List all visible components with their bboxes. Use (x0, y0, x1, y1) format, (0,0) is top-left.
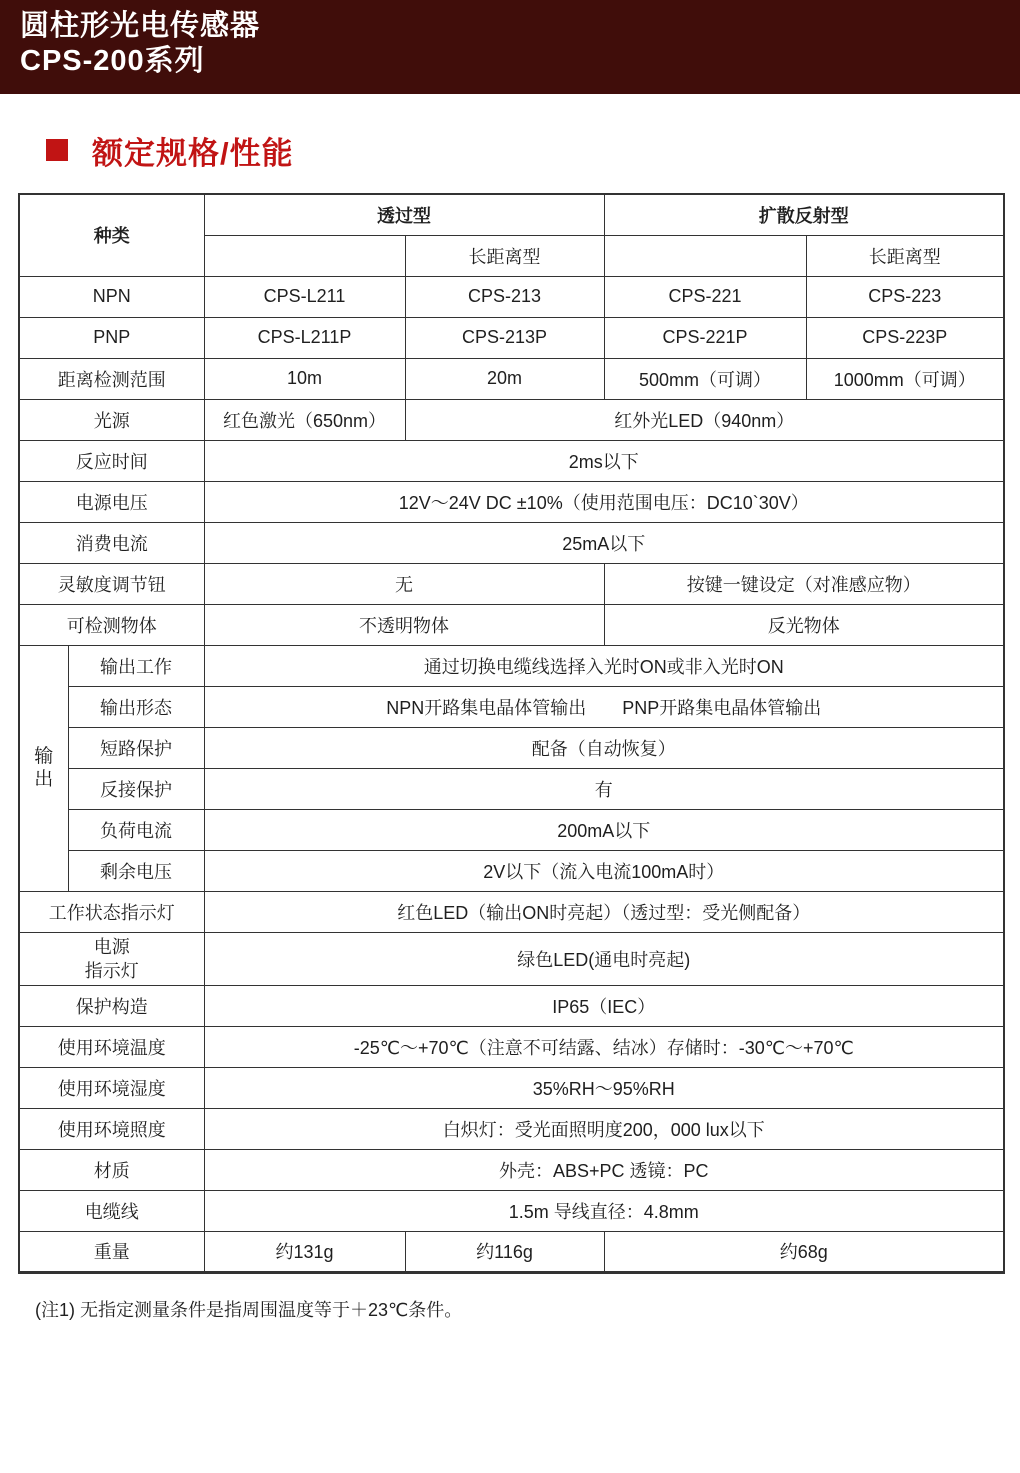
table-row-weight: 重量 约131g 约116g 约68g (19, 1231, 1004, 1272)
header-kind-cell: 种类 (19, 194, 204, 276)
table-row-pnp: PNP CPS-L211P CPS-213P CPS-221P CPS-223P (19, 317, 1004, 358)
row-label-power-indicator: 电源 指示灯 (19, 932, 204, 985)
cell-operation-indicator: 红色LED（输出ON时亮起）（透过型：受光侧配备） (204, 891, 1004, 932)
row-label-protection: 保护构造 (19, 985, 204, 1026)
cell-pnp-model-3: CPS-221P (604, 317, 806, 358)
cell-power-indicator: 绿色LED(通电时亮起) (204, 932, 1004, 985)
cell-npn-model-4: CPS-223 (806, 276, 1004, 317)
table-row-supply-voltage: 电源电压 12V～24V DC ±10%（使用范围电压：DC10`30V） (19, 481, 1004, 522)
header-long-range-through-cell: 长距离型 (405, 235, 604, 276)
table-row-ambient-temp: 使用环境温度 -25℃～+70℃（注意不可结露、结冰）存储时：-30℃～+70℃ (19, 1026, 1004, 1067)
power-indicator-label-line1: 电源 (24, 935, 200, 959)
table-row-residual-voltage: 剩余电压 2V以下（流入电流100mA时） (19, 850, 1004, 891)
cell-detectable-through: 不透明物体 (204, 604, 604, 645)
cell-response-time: 2ms以下 (204, 440, 1004, 481)
table-row-short-circuit: 短路保护 配备（自动恢复） (19, 727, 1004, 768)
table-row-material: 材质 外壳：ABS+PC 透镜：PC (19, 1149, 1004, 1190)
header-spacer-diffuse (604, 235, 806, 276)
row-label-pnp: PNP (19, 317, 204, 358)
table-row-ambient-illuminance: 使用环境照度 白炽灯：受光面照明度200，000 lux以下 (19, 1108, 1004, 1149)
row-label-light-source: 光源 (19, 399, 204, 440)
row-label-detectable-object: 可检测物体 (19, 604, 204, 645)
cell-npn-model-3: CPS-221 (604, 276, 806, 317)
header-diffuse-cell: 扩散反射型 (604, 194, 1004, 235)
cell-light-laser: 红色激光（650nm） (204, 399, 405, 440)
header-long-range-diffuse-cell: 长距离型 (806, 235, 1004, 276)
row-label-ambient-humidity: 使用环境湿度 (19, 1067, 204, 1108)
row-label-weight: 重量 (19, 1231, 204, 1272)
cell-light-led: 红外光LED（940nm） (405, 399, 1004, 440)
row-label-ambient-temp: 使用环境温度 (19, 1026, 204, 1067)
cell-material: 外壳：ABS+PC 透镜：PC (204, 1149, 1004, 1190)
cell-detectable-diffuse: 反光物体 (604, 604, 1004, 645)
cell-weight-2: 约116g (405, 1231, 604, 1272)
section-heading: 额定规格/性能 (46, 132, 1020, 168)
table-row-light-source: 光源 红色激光（650nm） 红外光LED（940nm） (19, 399, 1004, 440)
cell-short-circuit: 配备（自动恢复） (204, 727, 1004, 768)
row-label-output-type: 输出形态 (68, 686, 204, 727)
product-title-line1: 圆柱形光电传感器 (20, 9, 1020, 44)
cell-ambient-temp: -25℃～+70℃（注意不可结露、结冰）存储时：-30℃～+70℃ (204, 1026, 1004, 1067)
table-row-sensitivity: 灵敏度调节钮 无 按键一键设定（对准感应物） (19, 563, 1004, 604)
row-label-operation-indicator: 工作状态指示灯 (19, 891, 204, 932)
cell-cable: 1.5m 导线直径：4.8mm (204, 1190, 1004, 1231)
row-label-ambient-illuminance: 使用环境照度 (19, 1108, 204, 1149)
row-label-response-time: 反应时间 (19, 440, 204, 481)
table-row-operation-indicator: 工作状态指示灯 红色LED（输出ON时亮起）（透过型：受光侧配备） (19, 891, 1004, 932)
table-row-output-operation: 输出 输出工作 通过切换电缆线选择入光时ON或非入光时ON (19, 645, 1004, 686)
table-header-row-1: 种类 透过型 扩散反射型 (19, 194, 1004, 235)
row-label-short-circuit: 短路保护 (68, 727, 204, 768)
table-row-cable: 电缆线 1.5m 导线直径：4.8mm (19, 1190, 1004, 1231)
row-label-cable: 电缆线 (19, 1190, 204, 1231)
row-label-supply-voltage: 电源电压 (19, 481, 204, 522)
cell-supply-voltage: 12V～24V DC ±10%（使用范围电压：DC10`30V） (204, 481, 1004, 522)
cell-ambient-humidity: 35%RH～95%RH (204, 1067, 1004, 1108)
output-group-label: 输出 (34, 745, 54, 791)
row-label-current-consumption: 消费电流 (19, 522, 204, 563)
power-indicator-label-line2: 指示灯 (24, 959, 200, 983)
table-row-output-type: 输出形态 NPN开路集电晶体管输出 PNP开路集电晶体管输出 (19, 686, 1004, 727)
row-label-material: 材质 (19, 1149, 204, 1190)
output-group-label-cell: 输出 (19, 645, 68, 891)
cell-sensitivity-through: 无 (204, 563, 604, 604)
cell-protection: IP65（IEC） (204, 985, 1004, 1026)
cell-range-3: 500mm（可调） (604, 358, 806, 399)
red-square-bullet-icon (46, 139, 68, 161)
header-through-beam-cell: 透过型 (204, 194, 604, 235)
table-row-response-time: 反应时间 2ms以下 (19, 440, 1004, 481)
cell-pnp-model-2: CPS-213P (405, 317, 604, 358)
row-label-sensing-range: 距离检测范围 (19, 358, 204, 399)
cell-current-consumption: 25mA以下 (204, 522, 1004, 563)
cell-weight-1: 约131g (204, 1231, 405, 1272)
row-label-npn: NPN (19, 276, 204, 317)
row-label-output-operation: 输出工作 (68, 645, 204, 686)
cell-ambient-illuminance: 白炽灯：受光面照明度200，000 lux以下 (204, 1108, 1004, 1149)
table-row-current-consumption: 消费电流 25mA以下 (19, 522, 1004, 563)
cell-pnp-model-4: CPS-223P (806, 317, 1004, 358)
product-title-line2: CPS-200系列 (20, 44, 1020, 79)
cell-residual-voltage: 2V以下（流入电流100mA时） (204, 850, 1004, 891)
cell-npn-model-1: CPS-L211 (204, 276, 405, 317)
table-row-sensing-range: 距离检测范围 10m 20m 500mm（可调） 1000mm（可调） (19, 358, 1004, 399)
cell-output-operation: 通过切换电缆线选择入光时ON或非入光时ON (204, 645, 1004, 686)
cell-range-4: 1000mm（可调） (806, 358, 1004, 399)
cell-npn-model-2: CPS-213 (405, 276, 604, 317)
header-spacer-through (204, 235, 405, 276)
cell-reverse-protection: 有 (204, 768, 1004, 809)
row-label-residual-voltage: 剩余电压 (68, 850, 204, 891)
table-row-detectable-object: 可检测物体 不透明物体 反光物体 (19, 604, 1004, 645)
page-banner: 圆柱形光电传感器 CPS-200系列 (0, 0, 1020, 94)
section-title: 额定规格/性能 (92, 128, 294, 173)
table-row-power-indicator: 电源 指示灯 绿色LED(通电时亮起) (19, 932, 1004, 985)
row-label-reverse-protection: 反接保护 (68, 768, 204, 809)
cell-sensitivity-diffuse: 按键一键设定（对准感应物） (604, 563, 1004, 604)
cell-output-type: NPN开路集电晶体管输出 PNP开路集电晶体管输出 (204, 686, 1004, 727)
table-row-npn: NPN CPS-L211 CPS-213 CPS-221 CPS-223 (19, 276, 1004, 317)
row-label-load-current: 负荷电流 (68, 809, 204, 850)
cell-pnp-model-1: CPS-L211P (204, 317, 405, 358)
row-label-sensitivity: 灵敏度调节钮 (19, 563, 204, 604)
cell-load-current: 200mA以下 (204, 809, 1004, 850)
table-row-load-current: 负荷电流 200mA以下 (19, 809, 1004, 850)
table-row-protection: 保护构造 IP65（IEC） (19, 985, 1004, 1026)
table-row-reverse-protection: 反接保护 有 (19, 768, 1004, 809)
table-row-ambient-humidity: 使用环境湿度 35%RH～95%RH (19, 1067, 1004, 1108)
cell-weight-3: 约68g (604, 1231, 1004, 1272)
spec-table: 种类 透过型 扩散反射型 长距离型 长距离型 NPN CPS-L211 CPS-… (18, 193, 1005, 1274)
cell-range-2: 20m (405, 358, 604, 399)
cell-range-1: 10m (204, 358, 405, 399)
footnote: (注1) 无指定测量条件是指周围温度等于＋23℃条件。 (35, 1296, 1020, 1322)
